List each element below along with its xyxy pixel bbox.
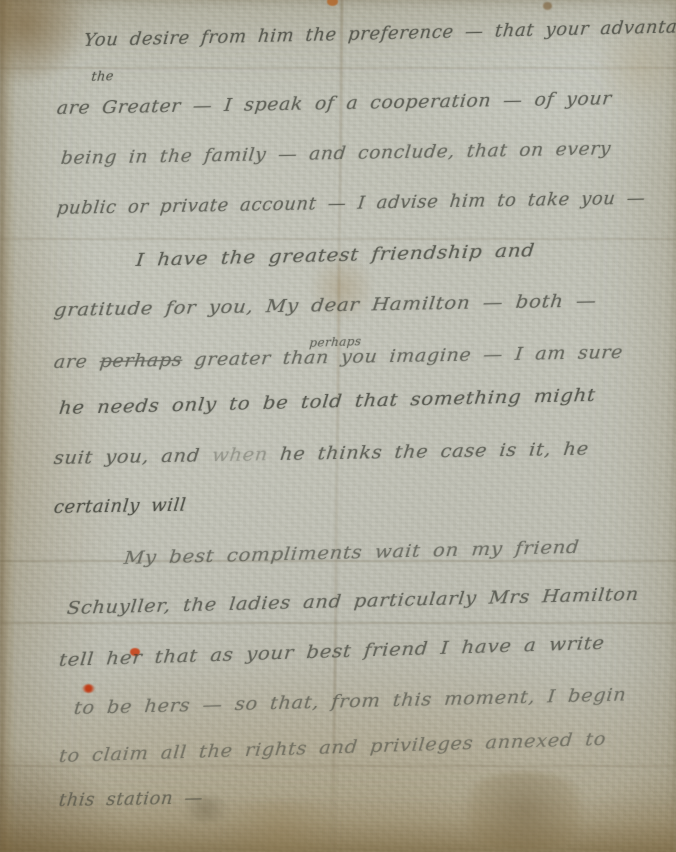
line-13: tell her that as your best friend I have…	[58, 633, 606, 671]
handwriting-text: are	[53, 351, 101, 373]
struck-word: perhaps	[98, 350, 183, 372]
handwriting-text: tell her that as your best friend I have…	[58, 633, 606, 671]
handwriting-text: Schuyller, the ladies and particularly M…	[66, 584, 640, 619]
handwriting-text: greater than you imagine — I am sure	[181, 342, 624, 371]
handwriting-text: certainly will	[53, 495, 188, 518]
handwriting-text: to claim all the rights and privileges a…	[58, 729, 607, 767]
handwriting-text: he thinks the case is it, he	[267, 439, 590, 466]
line-04: public or private account — I advise him…	[56, 188, 647, 219]
handwriting-text: gratitude for you, My dear Hamilton — bo…	[53, 291, 598, 322]
handwriting-layer: You desire from him the preference — tha…	[0, 0, 676, 852]
handwriting-text: are Greater — I speak of a cooperation —…	[56, 88, 613, 119]
handwriting-text: public or private account — I advise him…	[56, 188, 647, 219]
line-03: being in the family — and conclude, that…	[60, 138, 612, 169]
line-12: Schuyller, the ladies and particularly M…	[66, 584, 640, 619]
line-01: You desire from him the preference — tha…	[83, 16, 676, 51]
line-15: to claim all the rights and privileges a…	[58, 729, 607, 767]
line-07: are perhaps greater than you imagine — I…	[53, 342, 624, 373]
line-10: certainly will	[53, 495, 188, 518]
handwriting-text: I have the greatest friendship and	[135, 240, 536, 271]
line-06: gratitude for you, My dear Hamilton — bo…	[53, 291, 598, 322]
line-05: I have the greatest friendship and	[135, 240, 536, 271]
handwriting-text: My best compliments wait on my friend	[123, 537, 581, 569]
line-02: are Greater — I speak of a cooperation —…	[56, 88, 613, 119]
handwriting-text: You desire from him the preference — tha…	[83, 16, 676, 51]
insertion-the: the	[91, 69, 115, 85]
handwriting-text: suit you, and	[53, 445, 213, 469]
handwriting-text: this station —	[58, 787, 204, 811]
line-11: My best compliments wait on my friend	[123, 537, 581, 569]
handwriting-text: to be hers — so that, from this moment, …	[73, 684, 628, 719]
line-14: to be hers — so that, from this moment, …	[73, 684, 628, 719]
handwriting-text: when	[211, 444, 269, 466]
handwriting-text: the	[91, 69, 115, 85]
line-08: he needs only to be told that something …	[58, 385, 597, 419]
letter-page: You desire from him the preference — tha…	[0, 0, 676, 852]
handwriting-text: he needs only to be told that something …	[58, 385, 597, 419]
line-09: suit you, and when he thinks the case is…	[53, 439, 590, 469]
handwriting-text: being in the family — and conclude, that…	[60, 138, 612, 169]
line-16: this station —	[58, 787, 204, 811]
